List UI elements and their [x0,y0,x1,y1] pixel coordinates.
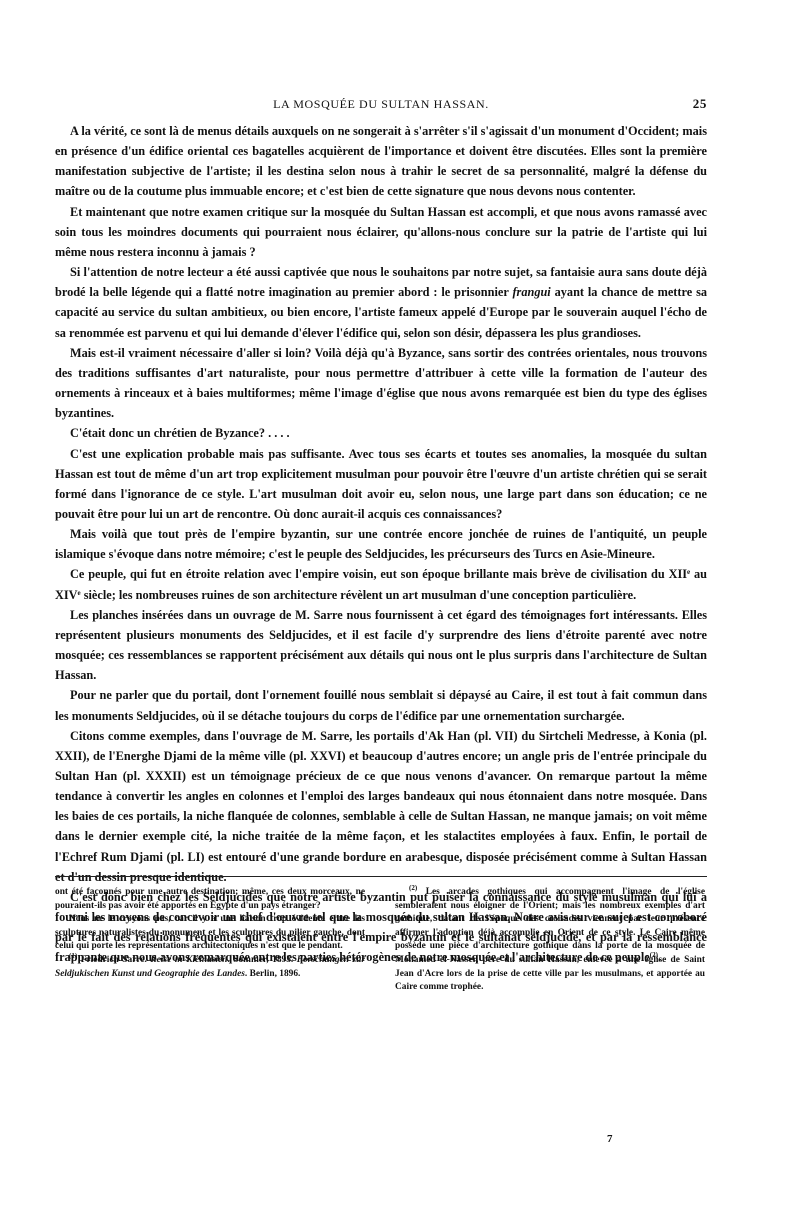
footnote-2: (2) Les arcades gothiques qui accompagne… [395,886,705,995]
running-header: LA MOSQUÉE DU SULTAN HASSAN. 25 [55,97,707,113]
paragraph: Mais est-il vraiment nécessaire d'aller … [55,343,707,424]
signature-mark: 7 [607,1133,613,1145]
paragraph: Pour ne parler que du portail, dont l'or… [55,685,707,725]
paragraph-text: Ce peuple, qui fut en étroite relation a… [70,567,687,581]
footnote-text: . Berlin, 1896. [245,969,300,979]
paragraph: Mais voilà que tout près de l'empire byz… [55,524,707,564]
paragraph: Ce peuple, qui fut en étroite relation a… [55,564,707,604]
footnote-continuation: ont été façonnés pour une autre destinat… [55,886,365,913]
paragraph: Citons comme exemples, dans l'ouvrage de… [55,726,707,887]
paragraph: Les planches insérées dans un ouvrage de… [55,605,707,686]
footnote-column-right: (2) Les arcades gothiques qui accompagne… [395,886,705,995]
footnote-column-left: ont été façonnés pour une autre destinat… [55,886,365,981]
running-title: LA MOSQUÉE DU SULTAN HASSAN. [55,97,707,112]
paragraph: A la vérité, ce sont là de menus détails… [55,121,707,202]
italic-term: frangui [512,285,550,299]
body-text: A la vérité, ce sont là de menus détails… [55,121,707,968]
footnote-continuation: Nous ne le croyons pas, car il y a une l… [55,913,365,954]
paragraph: Et maintenant que notre examen critique … [55,202,707,262]
book-title: Reise in Kleinasien [150,955,227,965]
footnote-marker: (1) [69,952,77,960]
paragraph-text: siècle; les nombreuses ruines de son arc… [81,588,637,602]
paragraph: C'est une explication probable mais pas … [55,444,707,525]
paragraph: Si l'attention de notre lecteur a été au… [55,262,707,343]
page-number: 25 [693,96,707,112]
footnote-text: Les arcades gothiques qui accompagnent l… [395,887,705,992]
footnote-1: (1) Friedrich Sarre. Reise in Kleinasien… [55,954,365,981]
footnote-marker: (2) [409,884,417,892]
footnote-divider [55,876,707,877]
footnote-text: Friedrich Sarre. [77,955,150,965]
footnote-text: . Sommer, 1895. [227,955,296,965]
paragraph: C'était donc un chrétien de Byzance? . .… [55,423,707,443]
